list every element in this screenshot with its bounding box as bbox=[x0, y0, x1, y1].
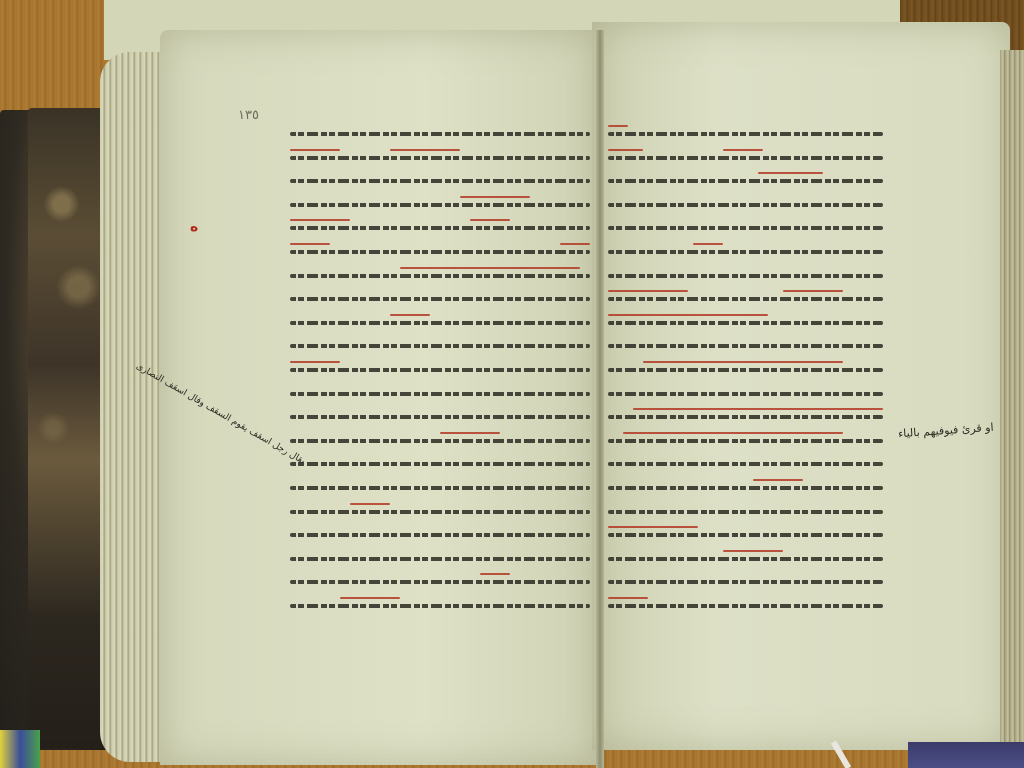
text-line bbox=[608, 344, 883, 348]
text-line bbox=[608, 462, 883, 466]
text-line bbox=[290, 250, 590, 254]
text-line bbox=[290, 297, 590, 301]
text-line bbox=[608, 557, 883, 561]
text-line bbox=[290, 368, 590, 372]
text-line bbox=[608, 580, 883, 584]
text-line bbox=[608, 203, 883, 207]
text-line bbox=[290, 274, 590, 278]
text-line bbox=[290, 439, 590, 443]
text-line bbox=[608, 321, 883, 325]
text-line bbox=[290, 533, 590, 537]
text-line bbox=[290, 321, 590, 325]
text-line bbox=[608, 486, 883, 490]
colored-books-bottom-left bbox=[0, 730, 40, 768]
red-marginal-mark: ه bbox=[190, 219, 198, 235]
text-line bbox=[608, 226, 883, 230]
right-text-block bbox=[608, 132, 883, 627]
text-line bbox=[608, 604, 883, 608]
text-line bbox=[608, 392, 883, 396]
text-line bbox=[290, 557, 590, 561]
text-line bbox=[290, 510, 590, 514]
text-line bbox=[608, 156, 883, 160]
left-text-block bbox=[290, 132, 590, 627]
text-line bbox=[290, 604, 590, 608]
text-line bbox=[290, 156, 590, 160]
text-line bbox=[290, 486, 590, 490]
text-line bbox=[608, 250, 883, 254]
text-line bbox=[290, 132, 590, 136]
text-line bbox=[290, 462, 590, 466]
text-line bbox=[608, 297, 883, 301]
text-line bbox=[608, 533, 883, 537]
page-edges-right bbox=[1000, 50, 1024, 750]
text-line bbox=[290, 392, 590, 396]
text-line bbox=[290, 203, 590, 207]
text-line bbox=[290, 179, 590, 183]
text-line bbox=[290, 580, 590, 584]
text-line bbox=[608, 274, 883, 278]
text-line bbox=[290, 344, 590, 348]
text-line bbox=[290, 226, 590, 230]
text-line bbox=[608, 439, 883, 443]
text-line bbox=[608, 132, 883, 136]
book-gutter bbox=[596, 30, 604, 768]
text-line bbox=[608, 415, 883, 419]
text-line bbox=[608, 510, 883, 514]
text-line bbox=[608, 368, 883, 372]
text-line bbox=[608, 179, 883, 183]
page-number: ١٣٥ bbox=[238, 108, 259, 123]
colored-books-bottom-right bbox=[908, 742, 1024, 768]
text-line bbox=[290, 415, 590, 419]
